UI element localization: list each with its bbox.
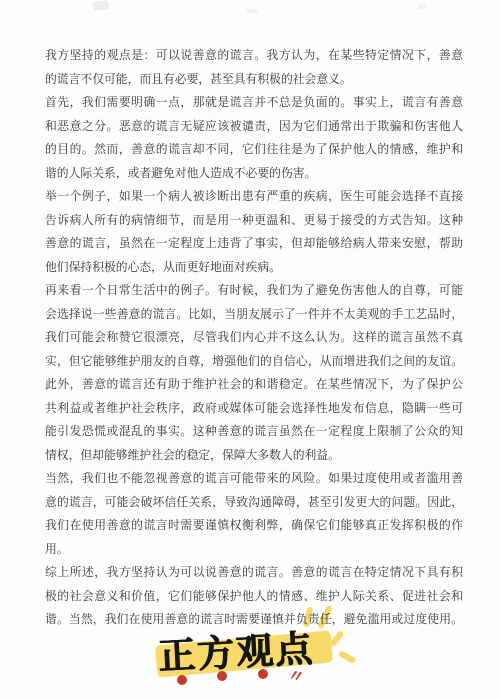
red-dot: [217, 671, 227, 681]
essay-line: 的目的。然而，善意的谎言却不同，它们往往是为了保护他人的情感，维护和: [45, 138, 463, 162]
essay-line: 举一个例子，如果一个病人被诊断出患有严重的疾病，医生可能会选择不直接: [45, 185, 463, 209]
red-dot: [177, 675, 187, 685]
top-doodle-smudge: [92, 0, 109, 11]
essay-line: 善意的谎言，虽然在一定程度上违背了事实，但却能够给病人带来安慰，帮助: [45, 232, 463, 256]
essay-line: 情权，但却能够维护社会的稳定，保障大多数人的利益。: [45, 444, 463, 468]
essay-line: 当然，我们也不能忽视善意的谎言可能带来的风险。如果过度使用或者滥用善: [45, 467, 463, 491]
document-page: 我方坚持的观点是：可以说善意的谎言。我方认为，在某些特定情况下，善意的谎言不仅可…: [0, 0, 500, 699]
essay-line: 告诉病人所有的病情细节，而是用一种更温和、更易于接受的方式告知。这种: [45, 209, 463, 233]
essay-line: 我们可能会称赞它很漂亮，尽管我们内心并不这么认为。这样的谎言虽然不真: [45, 326, 463, 350]
essay-line: 极的社会意义和价值，它们能够保护他人的情感、维护人际关系、促进社会和: [45, 585, 463, 609]
essay-line: 共利益或者维护社会秩序，政府或媒体可能会选择性地发布信息，隐瞒一些可: [45, 397, 463, 421]
essay-line: 能引发恐慌或混乱的事实。这种善意的谎言虽然在一定程度上限制了公众的知: [45, 420, 463, 444]
essay-line: 综上所述，我方坚持认为可以说善意的谎言。善意的谎言在特定情况下具有积: [45, 561, 463, 585]
essay-line: 他们保持积极的心态，从而更好地面对疾病。: [45, 256, 463, 280]
essay-line: 再来看一个日常生活中的例子。有时候，我们为了避免伤害他人的自尊，可能: [45, 279, 463, 303]
top-doodle-smudge: [246, 9, 258, 14]
essay-text: 我方坚持的观点是：可以说善意的谎言。我方认为，在某些特定情况下，善意的谎言不仅可…: [45, 44, 463, 632]
essay-line: 和恶意之分。恶意的谎言无疑应该被谴责，因为它们通常出于欺骗和伤害他人: [45, 115, 463, 139]
essay-line: 谐的人际关系，或者避免对他人造成不必要的伤害。: [45, 162, 463, 186]
essay-line: 的谎言不仅可能，而且有必要，甚至具有积极的社会意义。: [45, 68, 463, 92]
essay-line: 此外，善意的谎言还有助于维护社会的和谐稳定。在某些情况下，为了保护公: [45, 373, 463, 397]
essay-line: 意的谎言，可能会破坏信任关系，导致沟通障碍，甚至引发更大的问题。因此，: [45, 491, 463, 515]
red-dot: [258, 669, 268, 679]
essay-line: 用。: [45, 538, 463, 562]
essay-line: 我们在使用善意的谎言时需要谨慎权衡利弊，确保它们能够真正发挥积极的作: [45, 514, 463, 538]
essay-line: 我方坚持的观点是：可以说善意的谎言。我方认为，在某些特定情况下，善意: [45, 44, 463, 68]
essay-line: 会选择说一些善意的谎言。比如，当朋友展示了一件并不太美观的手工艺品时，: [45, 303, 463, 327]
essay-line: 首先，我们需要明确一点，那就是谎言并不总是负面的。事实上，谎言有善意: [45, 91, 463, 115]
essay-line: 实，但它能够维护朋友的自尊，增强他们的自信心，从而增进我们之间的友谊。: [45, 350, 463, 374]
top-doodle-smudge: [418, 3, 428, 9]
